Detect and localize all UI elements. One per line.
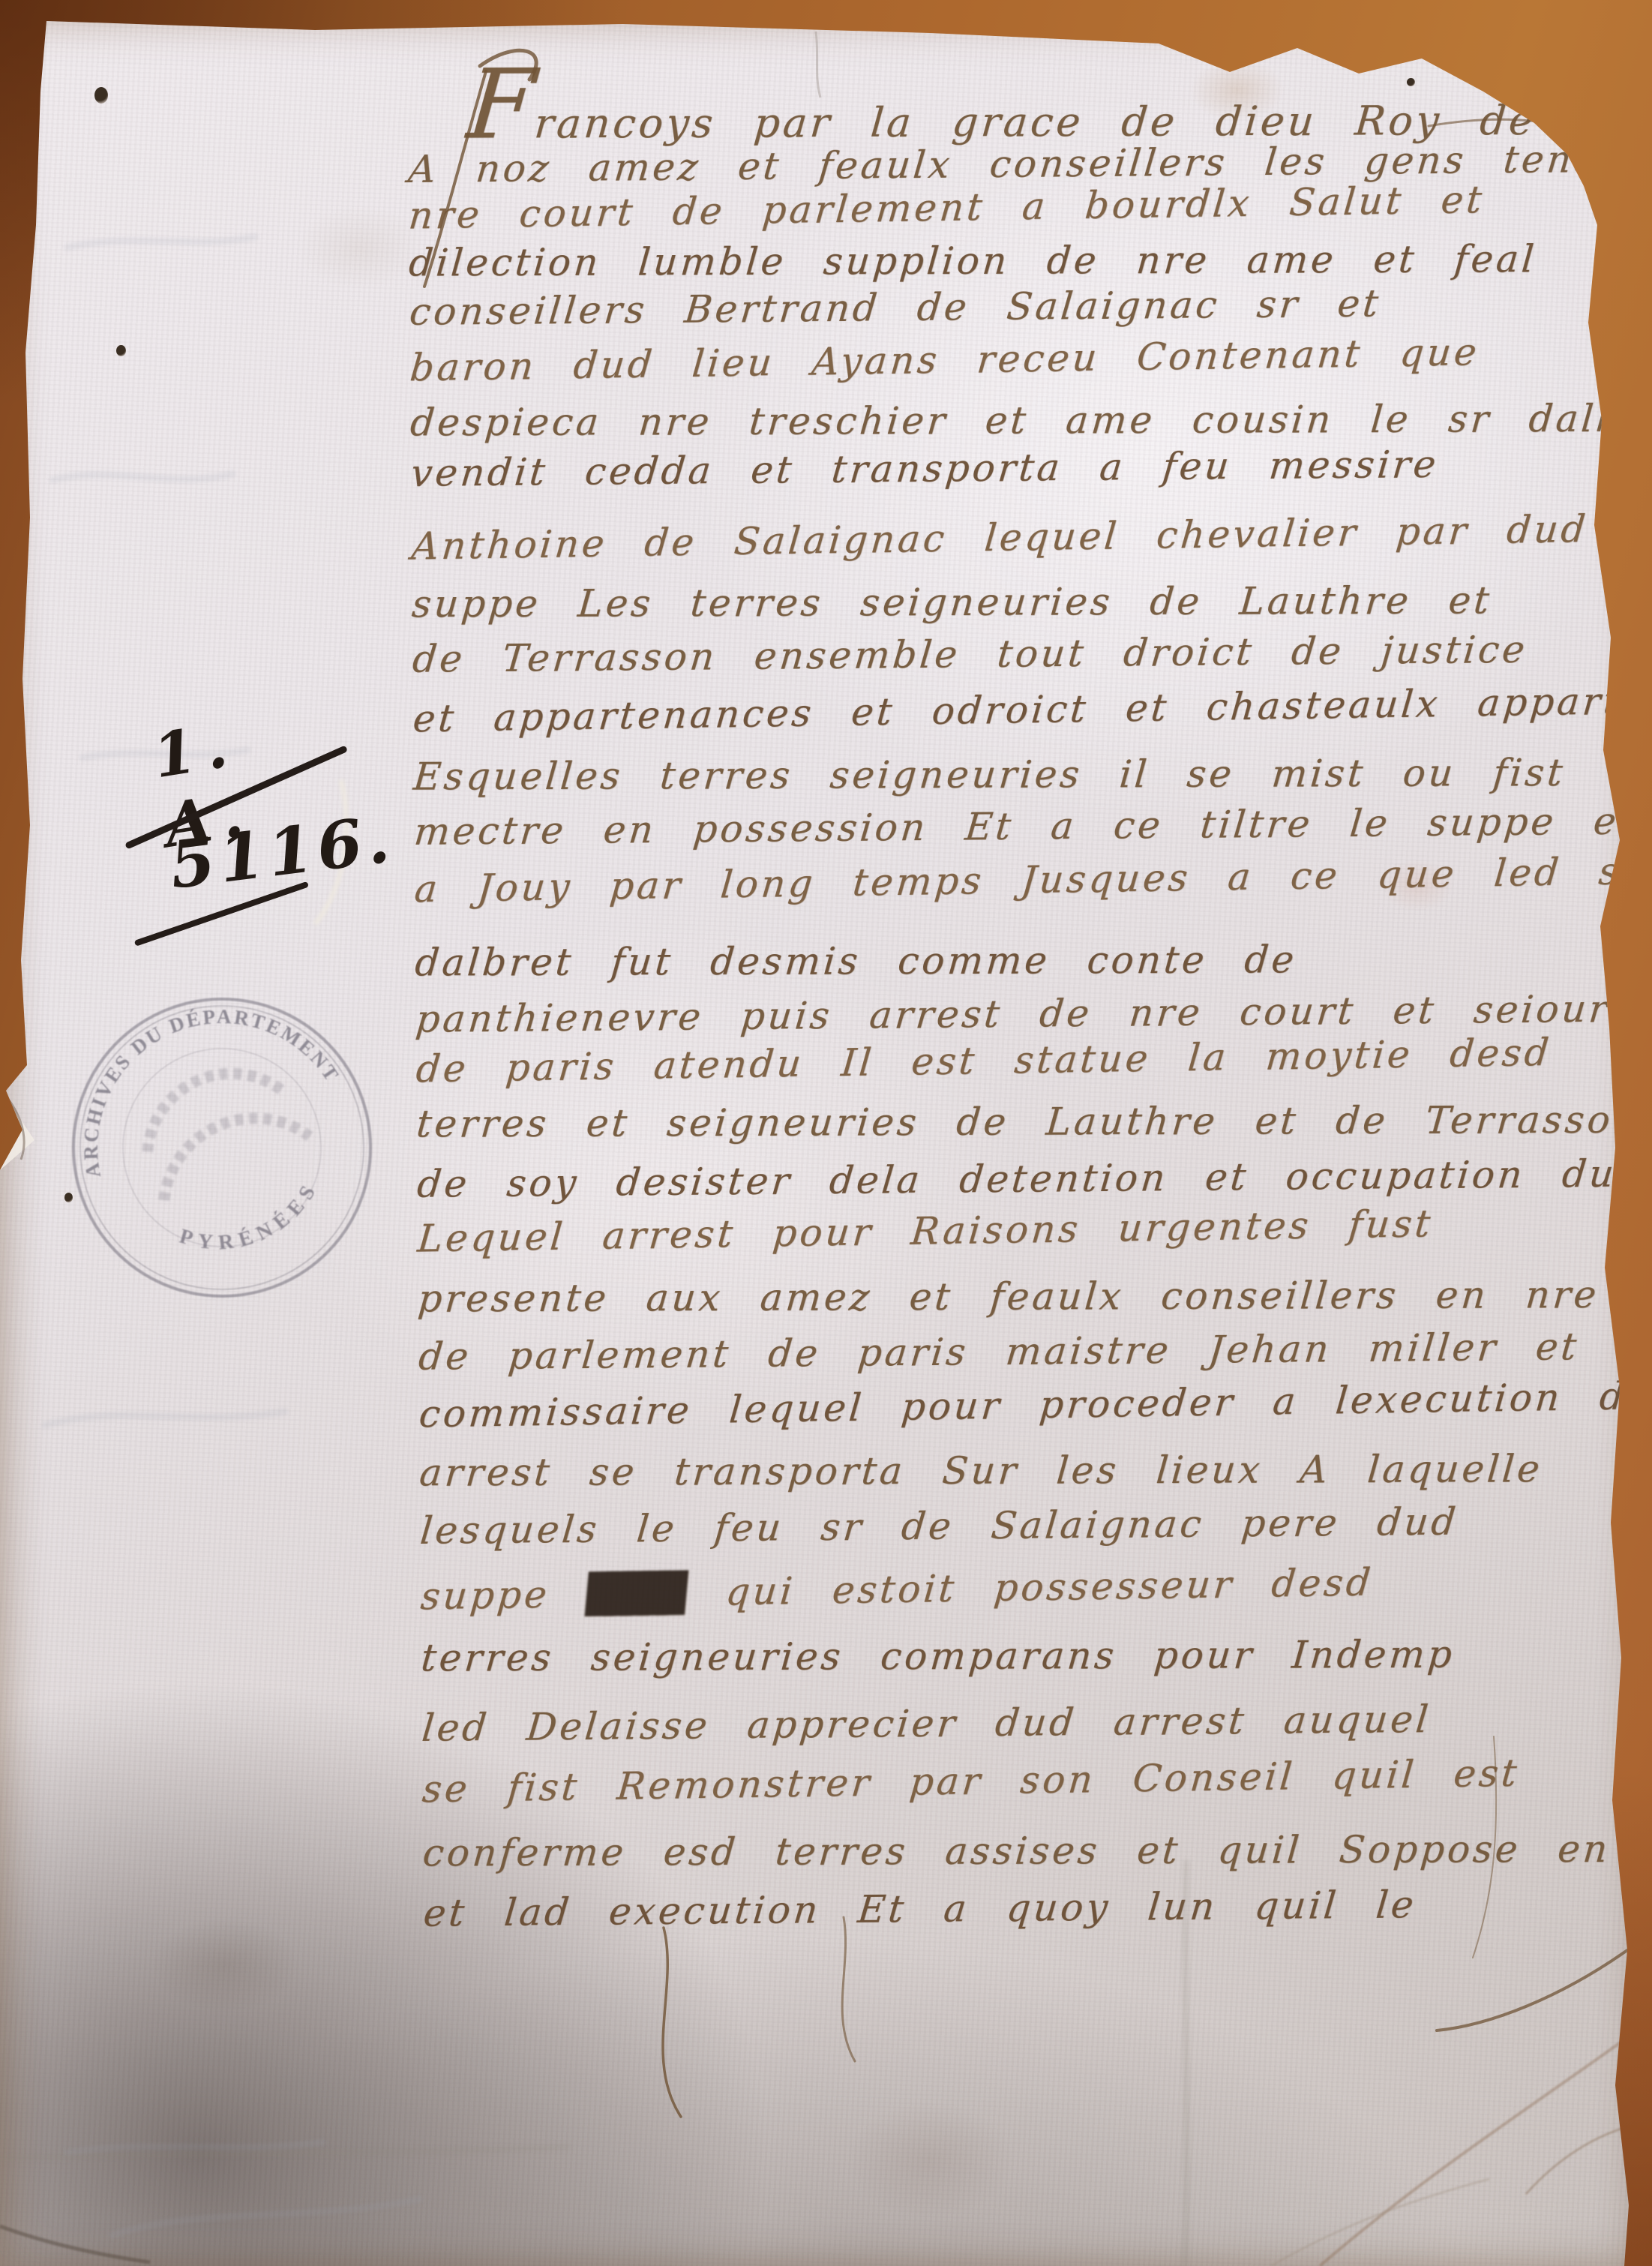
paper-sheet: Francoys par la grace de dieu Roy de fra… xyxy=(0,0,1652,2266)
svg-text:PYRÉNÉES: PYRÉNÉES xyxy=(170,1171,335,1276)
manuscript-line: de Terrasson ensemble tout droict de jus… xyxy=(411,628,1530,681)
manuscript-line: dilection lumble supplion de nre ame et … xyxy=(407,238,1538,285)
manuscript-line: suppe Les terres seigneuries de Lauthre … xyxy=(410,579,1494,626)
manuscript-line: Esquelles terres seigneuries il se mist … xyxy=(412,751,1567,798)
manuscript-line: a Jouy par long temps Jusques a ce que l… xyxy=(412,849,1644,911)
manuscript-line: baron dud lieu Ayans receu Contenant que xyxy=(408,331,1481,390)
ink-speck xyxy=(1407,78,1415,86)
stamp-outer-ring xyxy=(60,984,384,1314)
stamp-rim-bottom-text: PYRÉNÉES xyxy=(170,1171,335,1276)
manuscript-line: suppe █████ qui estoit possesseur desd xyxy=(419,1561,1375,1619)
manuscript-line: Anthoine de Salaignac lequel chevalier p… xyxy=(409,507,1590,568)
manuscript-line: vendit cedda et transporta a feu messire xyxy=(409,443,1441,495)
wormhole xyxy=(116,345,126,356)
manuscript-line: dalbret fut desmis comme conte de xyxy=(413,938,1298,985)
manuscript-line: commissaire lequel pour proceder a lexec… xyxy=(417,1374,1652,1436)
manuscript-line: terres et seigneuries de Lauthre et de T… xyxy=(415,1098,1652,1146)
manuscript-text-block: Francoys par la grace de dieu Roy de fra… xyxy=(396,0,1599,2105)
manuscript-line: mectre en possession Et a ce tiltre le s… xyxy=(412,799,1648,853)
manuscript-line: presente aux amez et feaulx conseillers … xyxy=(416,1273,1652,1321)
manuscript-line: de soy desister dela detention et occupa… xyxy=(415,1151,1652,1206)
manuscript-line: terres seigneuries comparans pour Indemp xyxy=(419,1633,1456,1680)
manuscript-line: despieca nre treschier et ame cousin le … xyxy=(409,397,1652,445)
wormhole xyxy=(64,1193,73,1202)
manuscript-line: lesquels le feu sr de Salaignac pere dud xyxy=(418,1500,1461,1553)
archive-stamp: ARCHIVES DU DÉPARTEMENT PYRÉNÉES xyxy=(60,984,384,1314)
manuscript-line: de paris atendu Il est statue la moytie … xyxy=(414,1031,1553,1091)
manuscript-line: de parlement de paris maistre Jehan mill… xyxy=(417,1325,1582,1379)
manuscript-line: se fist Remonstrer par son Conseil quil … xyxy=(421,1751,1522,1811)
stamp-center-faded-text xyxy=(127,1049,312,1200)
manuscript-line: arrest se transporta Sur les lieux A laq… xyxy=(418,1448,1544,1495)
manuscript-line: Lequel arrest pour Raisons urgentes fust xyxy=(415,1202,1435,1261)
photo: Francoys par la grace de dieu Roy de fra… xyxy=(0,0,1652,2266)
wormhole xyxy=(94,87,108,104)
svg-text:ARCHIVES DU DÉPARTEMENT: ARCHIVES DU DÉPARTEMENT xyxy=(60,984,346,1184)
manuscript-line: conferme esd terres assises et quil Sopp… xyxy=(421,1827,1612,1875)
ink-blot: █████ xyxy=(585,1571,677,1616)
manuscript-line: et appartenances et odroict et chasteaul… xyxy=(411,677,1652,740)
left-edge-tear xyxy=(0,1089,34,1170)
manuscript-line: conseillers Bertrand de Salaignac sr et xyxy=(408,281,1384,333)
manuscript-line: led Delaisse apprecier dud arrest auquel xyxy=(420,1697,1433,1750)
stamp-rim-top-text: ARCHIVES DU DÉPARTEMENT xyxy=(60,984,346,1184)
manuscript-line: et lad execution Et a quoy lun quil le xyxy=(421,1883,1418,1935)
